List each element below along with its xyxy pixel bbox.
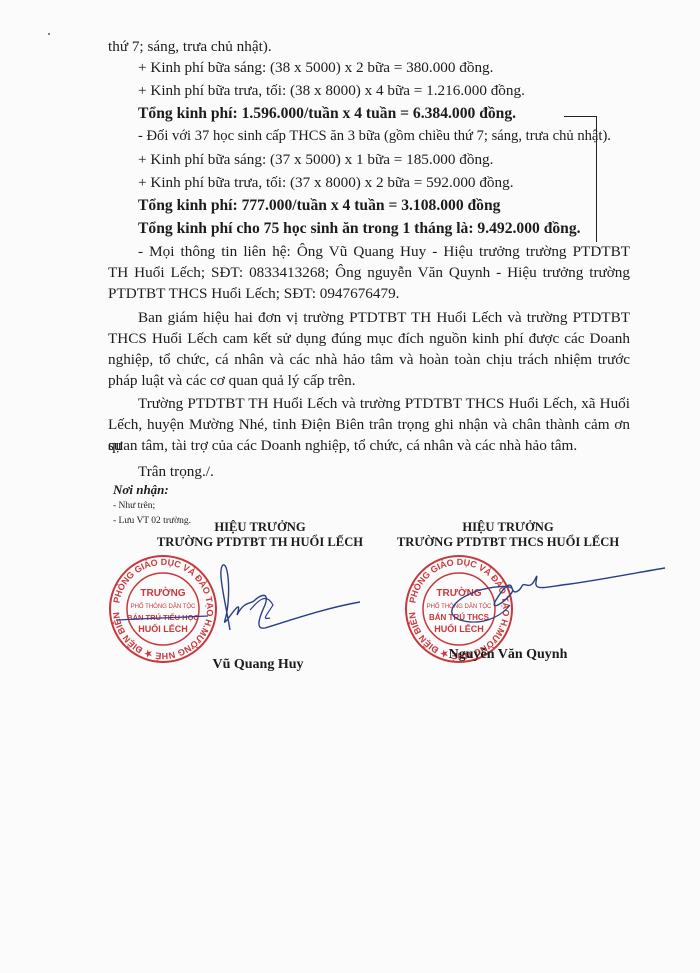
text-line: quan tâm, tài trợ của các Doanh nghiệp, … [108,435,577,456]
signature-role: HIỆU TRƯỞNG [373,519,643,535]
signer-name: Nguyễn Văn Quynh [408,647,608,663]
text-line: Ban giám hiệu hai đơn vị trường PTDTBT T… [138,307,630,328]
signature-org: TRƯỜNG PTDTBT TH HUỔI LẾCH [125,534,395,550]
signature-role: HIỆU TRƯỞNG [125,519,395,535]
text-line: PTDTBT THCS Huổi Lếch; SĐT: 0947676479. [108,283,399,304]
scan-speck [48,33,50,35]
text-line: + Kinh phí bữa trưa, tối: (38 x 8000) x … [138,80,525,101]
bracket-line [564,116,596,117]
svg-text:HUỔI LẾCH: HUỔI LẾCH [138,623,188,634]
closing-line: Trân trọng./. [138,461,214,482]
text-line: + Kinh phí bữa trưa, tối: (37 x 8000) x … [138,172,514,193]
text-line: - Mọi thông tin liên hệ: Ông Vũ Quang Hu… [138,241,630,262]
document-page: thứ 7; sáng, trưa chủ nhật). + Kinh phí … [0,0,700,973]
text-line: THCS Huổi Lếch cam kết sử dụng đúng mục … [108,328,630,349]
total-line: Tổng kinh phí: 777.000/tuần x 4 tuần = 3… [138,195,500,216]
signature-icon [195,560,365,640]
grand-total-line: Tổng kinh phí cho 75 học sinh ăn trong 1… [138,218,581,239]
recipient-item: - Như trên; [113,501,155,511]
total-line: Tổng kinh phí: 1.596.000/tuần x 4 tuần =… [138,103,516,124]
signature-icon [440,560,670,630]
svg-text:PHỔ THÔNG DÂN TỘC: PHỔ THÔNG DÂN TỘC [131,603,196,610]
text-line: - Đối với 37 học sinh cấp THCS ăn 3 bữa … [138,126,611,147]
text-line: nghiệp, tổ chức, cá nhân và các nhà hảo … [108,349,630,370]
text-line: thứ 7; sáng, trưa chủ nhật). [108,36,272,57]
signer-name: Vũ Quang Huy [158,657,358,673]
text-line: Trường PTDTBT TH Huổi Lếch và trường PTD… [138,393,630,414]
recipients-title: Nơi nhận: [113,482,169,498]
text-line: + Kinh phí bữa sáng: (38 x 5000) x 2 bữa… [138,57,493,78]
text-line: pháp luật và các cơ quan quả lý cấp trên… [108,370,356,391]
text-line: + Kinh phí bữa sáng: (37 x 5000) x 1 bữa… [138,149,493,170]
bracket-line [596,116,597,242]
svg-text:TRƯỜNG: TRƯỜNG [140,586,185,599]
signature-org: TRƯỜNG PTDTBT THCS HUỔI LẾCH [373,534,643,550]
text-line: TH Huổi Lếch; SĐT: 0833413268; Ông nguyễ… [108,262,630,283]
